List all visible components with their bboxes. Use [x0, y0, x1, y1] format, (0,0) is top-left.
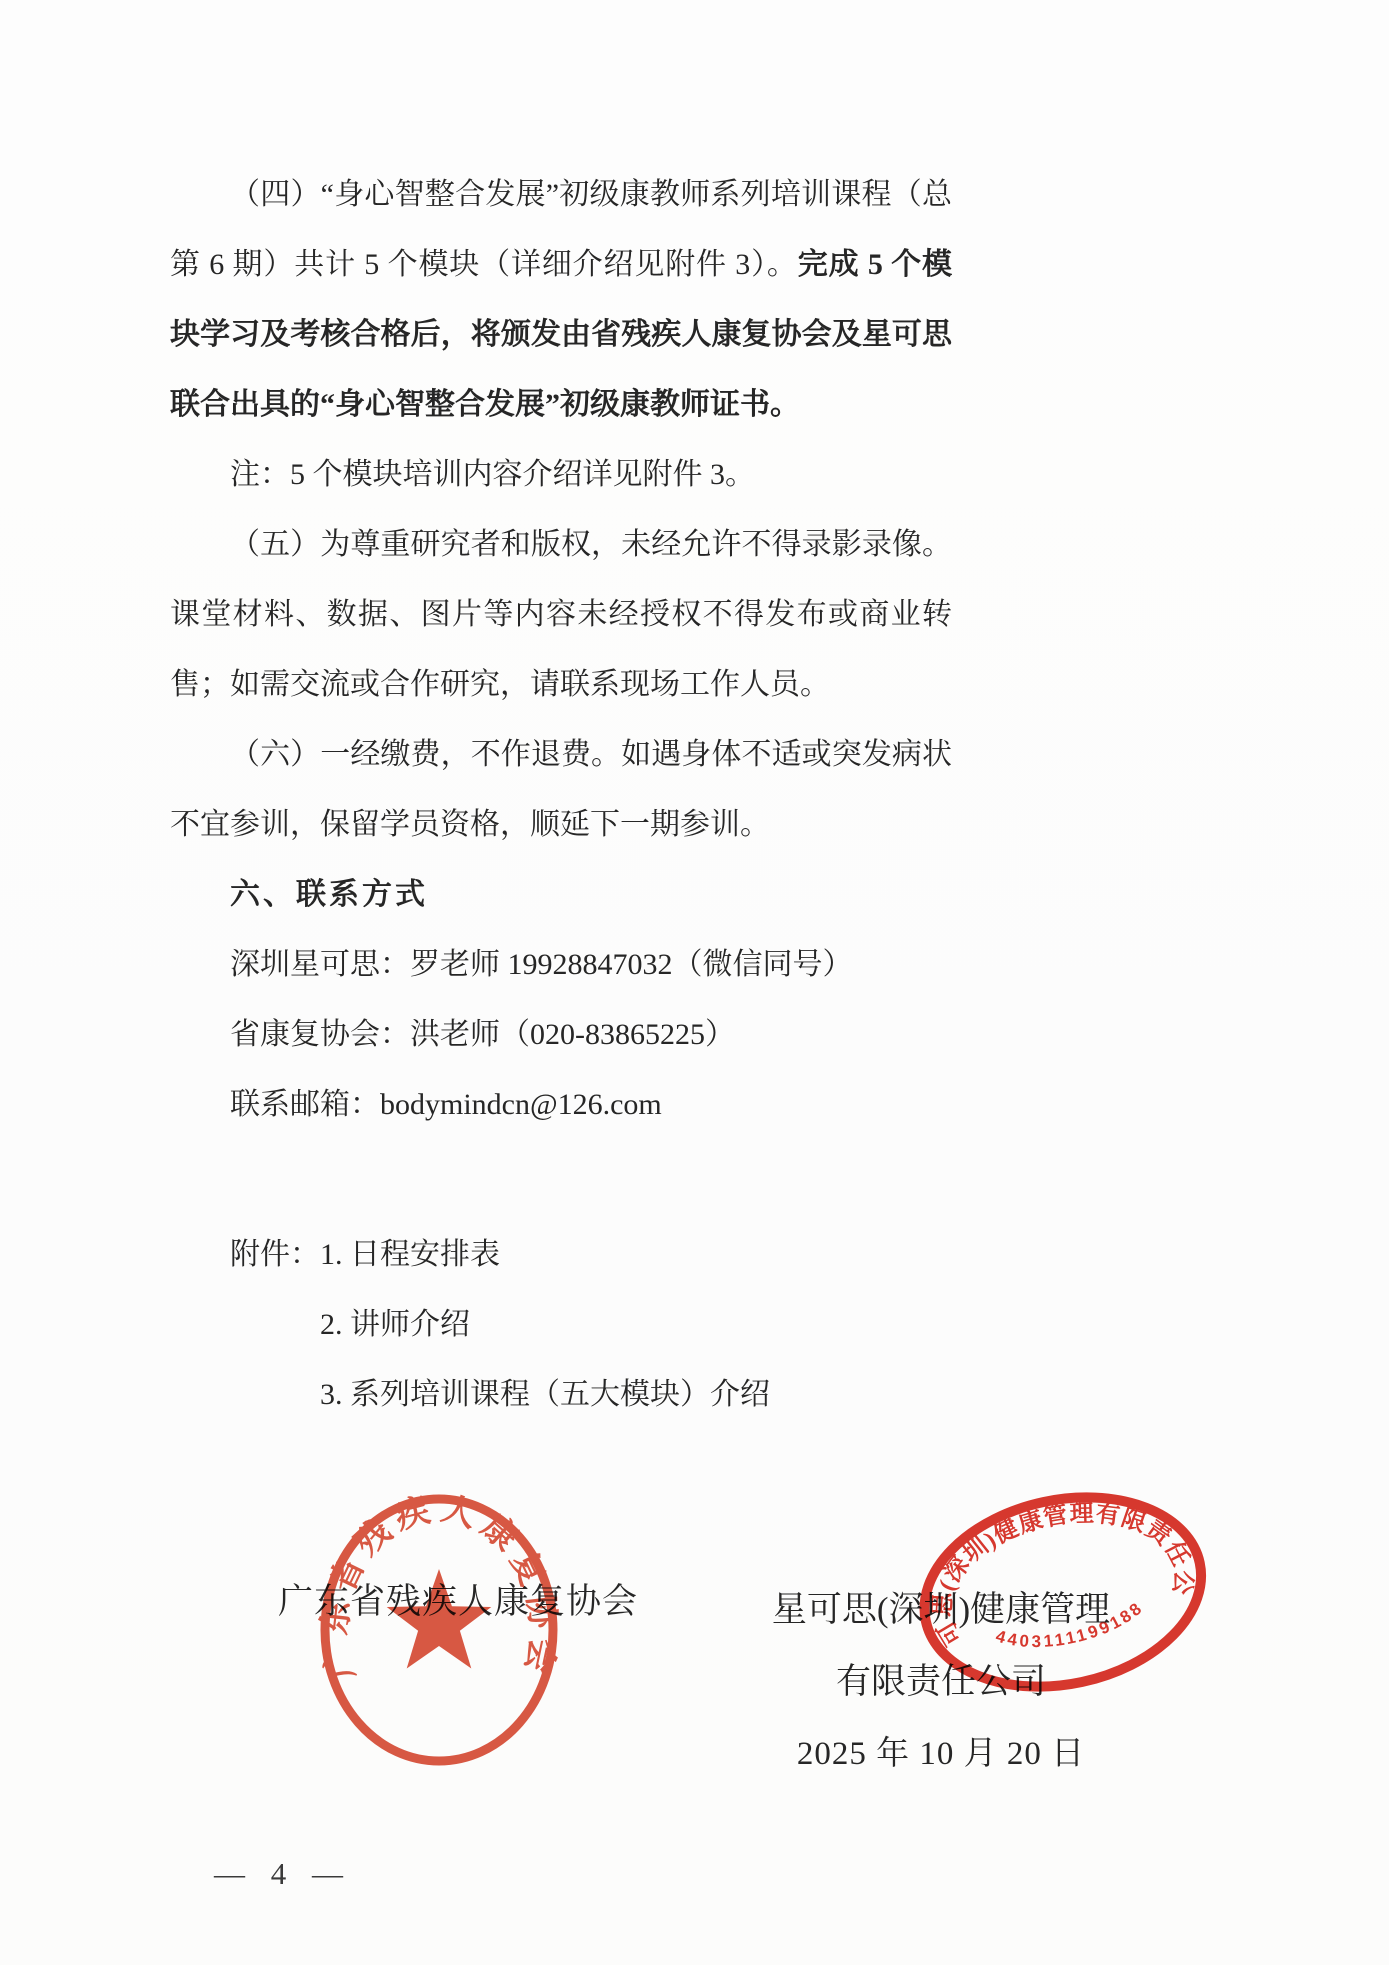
- round-seal-rehabilitation-association: 广东省残疾人康复协会: [314, 1488, 564, 1772]
- attachments-block: 附件： 1. 日程安排表 2. 讲师介绍 3. 系列培训课程（五大模块）介绍: [170, 1220, 970, 1430]
- signature-left-org: 广东省残疾人康复协会: [278, 1574, 638, 1624]
- contact-line-email: 联系邮箱：bodymindcn@126.com: [170, 1070, 952, 1140]
- section-heading-contact: 六、联系方式: [170, 860, 952, 930]
- document-page: （四）“身心智整合发展”初级康教师系列培训课程（总第 6 期）共计 5 个模块（…: [0, 0, 1389, 1965]
- paragraph-item-6: （六）一经缴费，不作退费。如遇身体不适或突发病状不宜参训，保留学员资格，顺延下一…: [170, 720, 952, 860]
- attachments-list: 1. 日程安排表 2. 讲师介绍 3. 系列培训课程（五大模块）介绍: [320, 1220, 770, 1430]
- attachments-label: 附件：: [230, 1220, 320, 1430]
- round-seal-graphic: 广东省残疾人康复协会: [314, 1488, 564, 1772]
- attachment-item-2: 2. 讲师介绍: [320, 1290, 770, 1360]
- document-body: （四）“身心智整合发展”初级康教师系列培训课程（总第 6 期）共计 5 个模块（…: [170, 160, 952, 1140]
- attachments-row: 附件： 1. 日程安排表 2. 讲师介绍 3. 系列培训课程（五大模块）介绍: [170, 1220, 970, 1430]
- paragraph-item-4: （四）“身心智整合发展”初级康教师系列培训课程（总第 6 期）共计 5 个模块（…: [170, 160, 952, 440]
- attachment-item-3: 3. 系列培训课程（五大模块）介绍: [320, 1360, 770, 1430]
- page-number: — 4 —: [214, 1856, 345, 1892]
- attachment-item-1: 1. 日程安排表: [320, 1220, 770, 1290]
- signature-right-org-line2: 有限责任公司: [706, 1646, 1176, 1718]
- contact-line-association: 省康复协会：洪老师（020-83865225）: [170, 1000, 952, 1070]
- signature-right-block: 星可思(深圳)健康管理 有限责任公司 2025 年 10 月 20 日: [706, 1574, 1176, 1790]
- signature-right-org-line1: 星可思(深圳)健康管理: [706, 1574, 1176, 1646]
- contact-line-shenzhen: 深圳星可思：罗老师 19928847032（微信同号）: [170, 930, 952, 1000]
- signature-date: 2025 年 10 月 20 日: [706, 1718, 1176, 1790]
- paragraph-item-5: （五）为尊重研究者和版权，未经允许不得录影录像。课堂材料、数据、图片等内容未经授…: [170, 510, 952, 720]
- paragraph-note: 注：5 个模块培训内容介绍详见附件 3。: [170, 440, 952, 510]
